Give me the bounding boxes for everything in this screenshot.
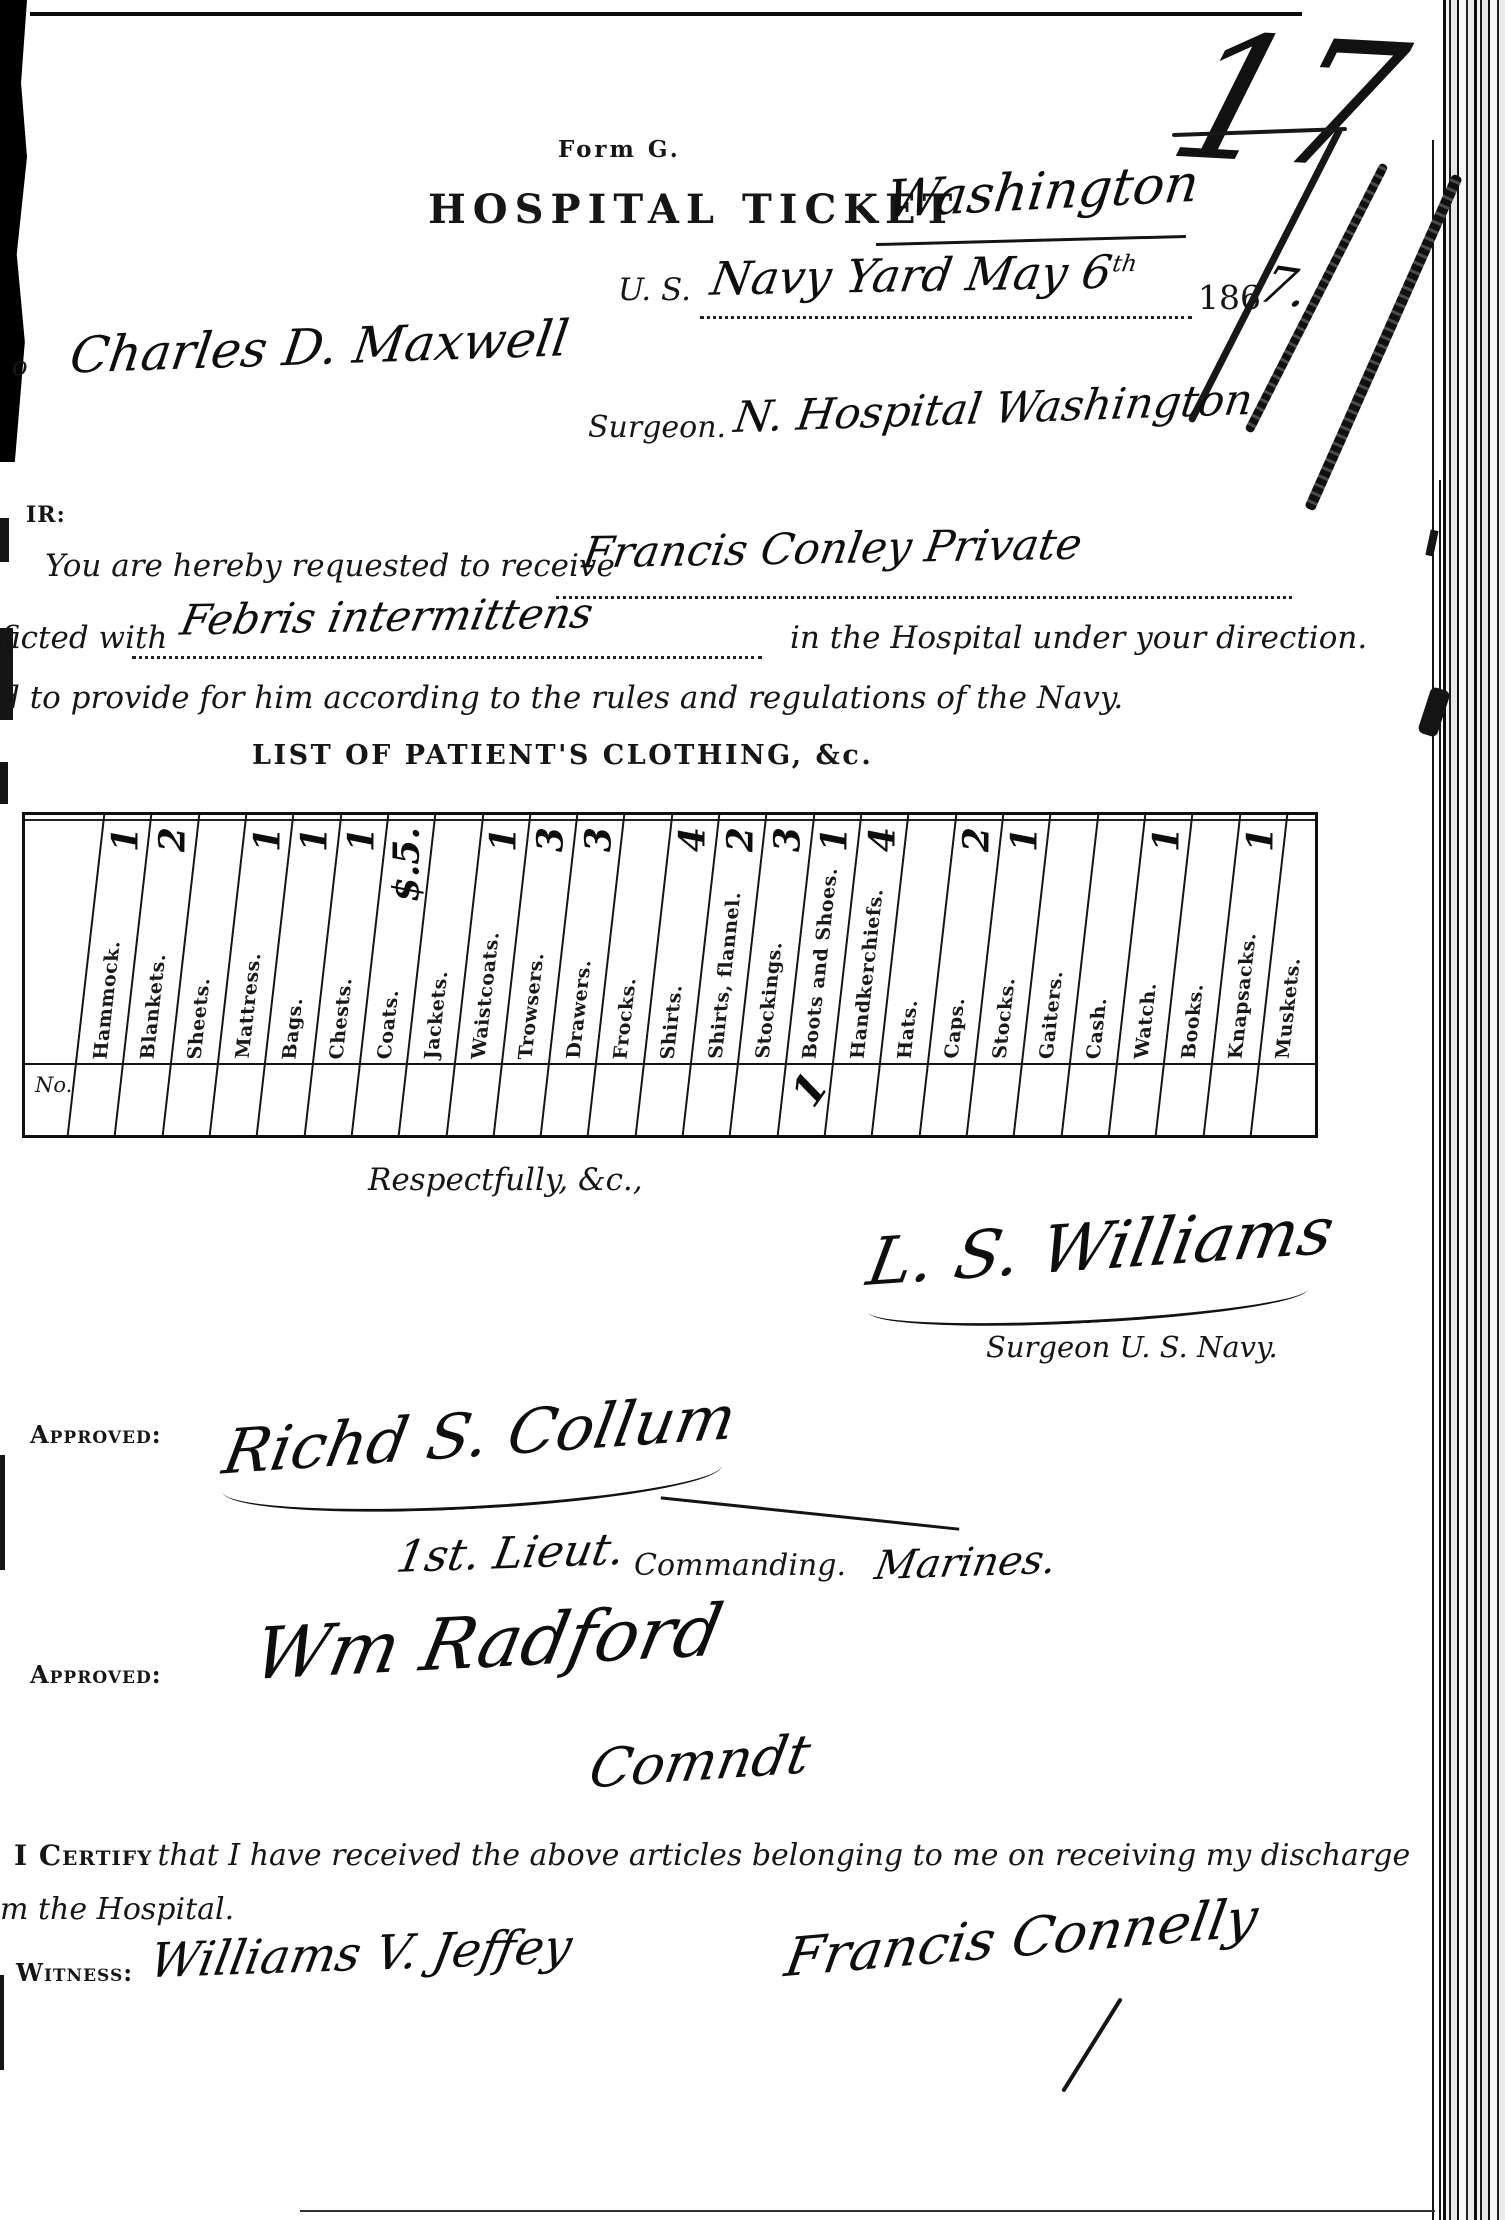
title-location-handwriting: Washington — [883, 154, 1202, 230]
clothing-value: 3 — [766, 827, 808, 852]
clothing-label: Muskets. — [1272, 958, 1305, 1059]
table-no-label: No. — [35, 1073, 72, 1097]
approval-rank-hw-right: Marines. — [871, 1537, 1060, 1589]
clothing-value: 2 — [956, 827, 998, 852]
clothing-label: Waistcoats. — [468, 932, 504, 1059]
clothing-value: 3 — [530, 827, 572, 852]
approval-rank-printed: Commanding. — [634, 1548, 846, 1583]
clothing-label: Bags. — [278, 998, 307, 1059]
clothing-label: Knapsacks. — [1225, 933, 1261, 1059]
clothing-label: Sheets. — [184, 978, 215, 1059]
scan-top-border — [30, 12, 1302, 16]
certify-line2: m the Hospital. — [0, 1892, 234, 1927]
scan-left-mark — [0, 518, 9, 562]
page-title: HOSPITAL TICKET — [428, 186, 959, 233]
clothing-value: 1 — [246, 827, 288, 852]
clothing-value: $.5. — [385, 827, 428, 902]
clothing-value: 1 — [341, 827, 383, 852]
approval-signature-2: Wm Radford — [247, 1588, 729, 1696]
clothing-label: Cash. — [1083, 998, 1112, 1059]
scan-binding-line — [1439, 480, 1441, 2220]
surgeon-printed: Surgeon. — [588, 410, 726, 445]
clothing-value: 4 — [672, 827, 714, 852]
witness-label: Witness: — [16, 1958, 133, 1987]
clothing-table: 1Hammock.2Blankets.Sheets.1Mattress.1Bag… — [22, 812, 1318, 1138]
signature-flourish — [661, 1496, 960, 1530]
clothing-label: Caps. — [941, 998, 970, 1059]
scan-left-mark — [0, 762, 8, 804]
scan-bottom-line — [300, 2210, 1435, 2212]
dateline-station: Navy Yard May 6 — [707, 245, 1116, 306]
clothing-label: Handkerchiefs. — [846, 889, 887, 1059]
clothing-value: 1 — [293, 827, 335, 852]
signature-flourish — [1061, 1997, 1123, 2092]
clothing-columns: 1Hammock.2Blankets.Sheets.1Mattress.1Bag… — [67, 815, 1318, 1135]
clothing-value: 4 — [861, 827, 903, 852]
clothing-label: Hammock. — [89, 941, 125, 1060]
provide-printed: d to provide for him according to the ru… — [0, 680, 1123, 716]
clothing-value: 1 — [104, 827, 146, 852]
scan-left-edge-blob — [0, 0, 27, 462]
surgeon-handwriting: N. Hospital Washington — [731, 375, 1256, 443]
clothing-label: Chests. — [326, 978, 357, 1059]
dateline-handwriting: Navy Yard May 6th — [707, 244, 1140, 305]
clothing-value: 2 — [151, 827, 193, 852]
clothing-table-title: LIST OF PATIENT'S CLOTHING, &c. — [252, 740, 873, 771]
clothing-label: Drawers. — [562, 960, 595, 1059]
scan-left-mark — [0, 1975, 4, 2070]
clothing-label: Gaiters. — [1035, 971, 1067, 1059]
clothing-label: Trowsers. — [515, 953, 549, 1059]
certify-line: I Certify that I have received the above… — [14, 1838, 1410, 1873]
certify-body: that I have received the above articles … — [157, 1838, 1410, 1873]
clothing-label: Watch. — [1130, 983, 1161, 1059]
clothing-value: 1 — [1145, 827, 1187, 852]
clothing-value: 2 — [719, 827, 761, 852]
clothing-value: 3 — [577, 827, 619, 852]
diagnosis-handwriting: Febris intermittens — [176, 588, 597, 644]
addressee-handwriting: Charles D. Maxwell — [67, 309, 573, 384]
form-label: Form G. — [558, 136, 681, 163]
clothing-label: Mattress. — [231, 953, 265, 1059]
approval-rank-hw-left: 1st. Lieut. — [393, 1524, 629, 1583]
clothing-value: 1 — [1003, 827, 1045, 852]
affliction-printed-right: in the Hospital under your direction. — [790, 620, 1367, 656]
hospital-ticket-scan: 17 Form G. HOSPITAL TICKET Washington U.… — [0, 0, 1505, 2220]
clothing-value: 1 — [814, 827, 856, 852]
patient-signature-handwriting: Francis Connelly — [781, 1886, 1263, 1989]
scan-binding-line — [1432, 140, 1434, 2220]
surgeon-title-printed: Surgeon U. S. Navy. — [986, 1330, 1278, 1364]
clothing-label: Blankets. — [136, 954, 170, 1059]
clothing-label: Coats. — [373, 990, 403, 1059]
request-printed: You are hereby requested to receive — [45, 548, 615, 584]
scan-left-mark — [0, 1455, 5, 1570]
witness-signature-handwriting: Williams V. Jeffey — [146, 1919, 577, 1990]
pen-stroke — [1304, 174, 1463, 512]
scan-book-binding — [1443, 0, 1505, 2220]
respectfully-printed: Respectfully, &c., — [368, 1162, 643, 1198]
clothing-label: Hats. — [893, 1000, 922, 1059]
salutation-cut: IR: — [26, 502, 66, 528]
dateline-ordinal: th — [1111, 251, 1139, 277]
clothing-label: Shirts. — [657, 985, 687, 1059]
clothing-label: Stockings. — [751, 942, 786, 1059]
approval-rank-hw-2: Comndt — [585, 1723, 816, 1801]
clothing-label: Books. — [1177, 984, 1208, 1059]
certify-lead: I Certify — [14, 1839, 152, 1872]
addressee-prefix-cut: o — [12, 352, 28, 382]
table-header-rule — [25, 1063, 1315, 1065]
clothing-label: Shirts, flannel. — [704, 892, 745, 1059]
dateline-prefix: U. S. — [618, 272, 691, 308]
approved-label-1: Approved: — [30, 1420, 162, 1449]
clothing-value: 1 — [482, 827, 524, 852]
clothing-label: Frocks. — [610, 978, 641, 1059]
clothing-label: Jackets. — [420, 971, 452, 1059]
clothing-label: Stocks. — [988, 978, 1019, 1059]
scan-ink-blob — [1425, 529, 1438, 556]
patient-name-handwriting: Francis Conley Private — [579, 520, 1085, 579]
clothing-value: 1 — [1239, 827, 1281, 852]
approved-label-2: Approved: — [30, 1660, 162, 1689]
